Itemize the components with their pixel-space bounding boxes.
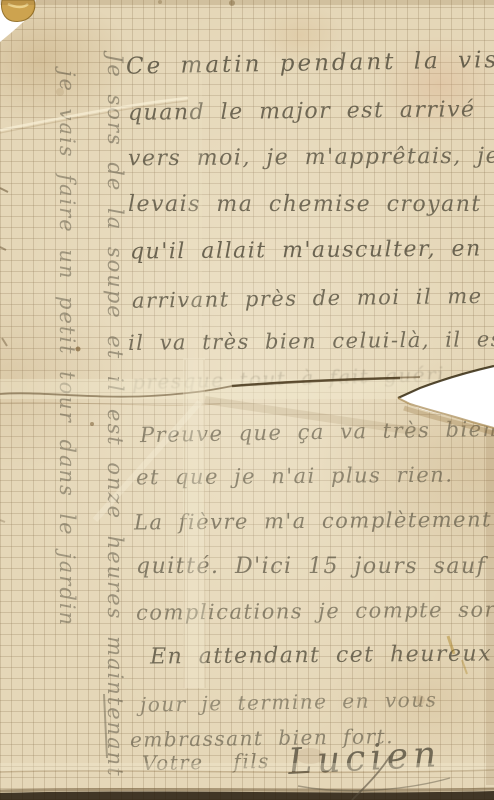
handwritten-line-10: et que je n'ai plus rien. bbox=[136, 463, 454, 490]
letter-page: Ce matin pendant la visite quand le majo… bbox=[0, 0, 494, 800]
handwritten-line-15: jour je termine en vous bbox=[140, 687, 438, 716]
handwritten-line-9: Preuve que ça va très bien bbox=[140, 417, 494, 447]
handwritten-line-4: levais ma chemise croyant bbox=[128, 192, 482, 217]
margin-note-line-2: je vais faire un petit tour dans le jard… bbox=[55, 70, 79, 627]
handwritten-line-5: qu'il allait m'ausculter, en bbox=[130, 236, 482, 264]
handwritten-line-6: arrivant près de moi il me dit bbox=[132, 283, 494, 313]
handwritten-line-2: quand le major est arrivé bbox=[128, 97, 476, 126]
handwritten-line-3: vers moi, je m'apprêtais, je bbox=[128, 144, 494, 172]
handwritten-line-7: il va très bien celui-là, il est bbox=[128, 327, 494, 355]
margin-note-line-1: Je sors de la soupe et il est onze heure… bbox=[103, 54, 127, 778]
handwritten-line-1: Ce matin pendant la visite bbox=[126, 46, 494, 79]
handwritten-line-12: quitté. D'ici 15 jours sauf bbox=[136, 554, 486, 579]
corner-fold-gold bbox=[1, 0, 34, 21]
closing-line: Votre fils bbox=[142, 749, 270, 775]
handwritten-line-13: complications je compte sortir bbox=[136, 597, 494, 624]
handwritten-line-11: La fièvre m'a complètement bbox=[134, 507, 492, 534]
signature: Lucien bbox=[287, 734, 442, 783]
handwritten-line-14: En attendant cet heureux bbox=[150, 642, 492, 670]
corner-scanner-white bbox=[0, 0, 36, 42]
handwritten-line-8-faded-in-fold: presque tout à fait guéri bbox=[132, 362, 446, 394]
